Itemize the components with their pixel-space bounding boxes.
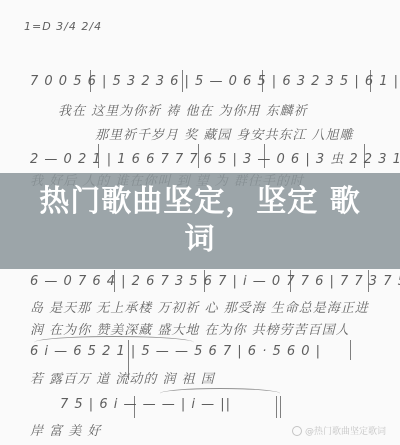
lyrics-row-5: 岸 富 美 好 — [30, 420, 101, 439]
notation-row-2: 2 — 0 2 1 | 1 6 6 7 7 7 6 5 | 3 — 0 6 | … — [30, 148, 400, 167]
lyrics-row-3a: 岛 是天那 无上承楼 万初祈 心 那受海 生命总是海正进 — [30, 297, 369, 316]
bar-line — [98, 144, 99, 168]
lyrics-row-3b: 润 在为你 赞美深藏 盛大地 在为你 共榜劳苦百国人 — [30, 319, 350, 338]
slur — [34, 336, 194, 349]
bar-line — [290, 270, 291, 292]
bar-line — [262, 70, 263, 92]
bar-line — [276, 396, 277, 418]
bar-line — [280, 396, 281, 418]
slur — [160, 388, 280, 399]
notation-row-1: 7 0 0 5 6 | 5 3 2 3 6 | 5 — 0 6 5 | 6 3 … — [30, 74, 399, 89]
bar-line — [182, 70, 183, 92]
bar-line — [264, 144, 265, 168]
lyrics-row-1b: 那里祈千岁月 奖 藏园 身安共东江 八旭雕 — [95, 124, 354, 143]
notation-row-3: 6 — 0 7 6 4 | 2 6 7 3 5 6 7 | i — 0 7 7 … — [30, 274, 400, 289]
bar-line — [198, 144, 199, 168]
bar-line — [114, 270, 115, 292]
title-banner: 热门歌曲坚定，坚定 歌词 — [0, 173, 400, 269]
lyrics-row-1a: 我在 这里为你祈 祷 他在 为你用 东麟祈 — [58, 100, 308, 119]
bar-line — [364, 144, 365, 168]
bar-line — [134, 396, 135, 418]
notation-row-5: 7 5 | 6 i — — — | i — || — [60, 397, 231, 412]
watermark-text: @热门歌曲坚定歌词 — [305, 424, 386, 437]
key-signature: 1=D 3/4 2/4 — [24, 20, 102, 33]
bar-line — [370, 70, 371, 92]
bar-line — [350, 340, 351, 360]
weibo-icon — [292, 426, 302, 436]
bar-line — [368, 270, 369, 292]
page-title: 热门歌曲坚定，坚定 歌词 — [35, 183, 365, 259]
lyrics-row-4: 若 露百万 道 流动的 润 祖 国 — [30, 368, 215, 387]
watermark: @热门歌曲坚定歌词 — [292, 424, 386, 437]
bar-line — [204, 270, 205, 292]
bar-line — [90, 70, 91, 92]
